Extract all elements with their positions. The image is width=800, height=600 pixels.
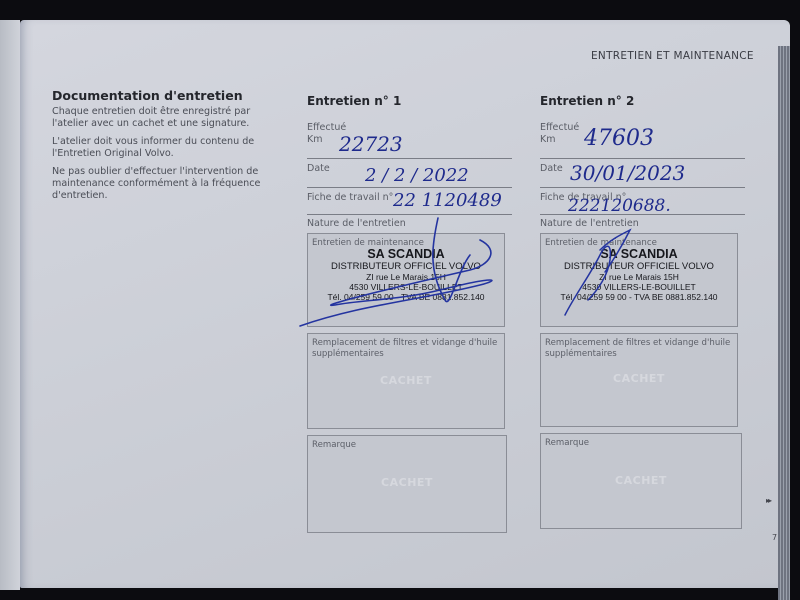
box-label: Remarque	[312, 440, 502, 451]
stamp-line: Tél. 04/259 59 00 - TVA BE 0881.852.140	[308, 292, 504, 302]
remark-box: Remarque CACHET	[307, 435, 507, 533]
intro-title: Documentation d'entretien	[52, 88, 267, 103]
cachet-watermark: CACHET	[308, 476, 506, 489]
stamp-line: DISTRIBUTEUR OFFICIEL VOLVO	[541, 261, 737, 272]
box-label: Remplacement de filtres et vidange d'hui…	[545, 338, 735, 360]
work-order-field: Fiche de travail n° 22 1120489	[307, 192, 512, 215]
remark-box: Remarque CACHET	[540, 433, 742, 529]
maintenance-stamp-box: Entretien de maintenance SA SCANDIA DIST…	[540, 233, 738, 327]
cachet-watermark: CACHET	[541, 372, 737, 385]
dealer-stamp: SA SCANDIA DISTRIBUTEUR OFFICIEL VOLVO Z…	[541, 247, 737, 302]
page-stack-edge	[778, 46, 790, 600]
km-handwritten: 47603	[584, 126, 654, 151]
stamp-line: ZI rue Le Marais 15H	[541, 272, 737, 282]
stamp-name: SA SCANDIA	[541, 247, 737, 261]
date-field: Date 30/01/2023	[540, 163, 745, 188]
work-order-field: Fiche de travail n° 222120688.	[540, 192, 745, 215]
stamp-line: Tél. 04/259 59 00 - TVA BE 0881.852.140	[541, 292, 737, 302]
nature-label: Nature de l'entretien	[307, 218, 512, 229]
box-label: Remplacement de filtres et vidange d'hui…	[312, 338, 502, 360]
intro-paragraph: Ne pas oublier d'effectuer l'interventio…	[52, 166, 267, 202]
section-title: ENTRETIEN ET MAINTENANCE	[591, 50, 754, 62]
nature-label: Nature de l'entretien	[540, 218, 745, 229]
cachet-watermark: CACHET	[308, 374, 504, 387]
km-field: Effectué Km 47603	[540, 122, 745, 159]
stamp-line: 4530 VILLERS-LE-BOUILLET	[308, 282, 504, 292]
intro-paragraph: L'atelier doit vous informer du contenu …	[52, 136, 267, 160]
work-order-handwritten: 22 1120489	[393, 190, 502, 211]
stamp-name: SA SCANDIA	[308, 247, 504, 261]
stamp-line: ZI rue Le Marais 15H	[308, 272, 504, 282]
work-order-handwritten: 222120688.	[568, 196, 671, 216]
page-number: 7	[772, 533, 777, 542]
cachet-watermark: CACHET	[541, 474, 741, 487]
maintenance-entry-2: Entretien n° 2 Effectué Km 47603 Date 30…	[540, 94, 745, 529]
stamp-line: 4530 VILLERS-LE-BOUILLET	[541, 282, 737, 292]
stamp-line: DISTRIBUTEUR OFFICIEL VOLVO	[308, 261, 504, 272]
km-handwritten: 22723	[339, 132, 403, 156]
entry-title: Entretien n° 2	[540, 94, 745, 108]
filters-box: Remplacement de filtres et vidange d'hui…	[540, 333, 738, 427]
box-label: Remarque	[545, 438, 735, 449]
intro-paragraph: Chaque entretien doit être enregistré pa…	[52, 106, 267, 130]
previous-page-edge	[0, 20, 20, 590]
next-page-icon: ▸▸	[766, 496, 770, 505]
km-field: Effectué Km 22723	[307, 122, 512, 159]
dealer-stamp: SA SCANDIA DISTRIBUTEUR OFFICIEL VOLVO Z…	[308, 247, 504, 302]
date-field: Date 2 / 2 / 2022	[307, 163, 512, 188]
entry-title: Entretien n° 1	[307, 94, 512, 108]
effectue-label: Effectué	[307, 122, 512, 134]
filters-box: Remplacement de filtres et vidange d'hui…	[307, 333, 505, 429]
maintenance-entry-1: Entretien n° 1 Effectué Km 22723 Date 2 …	[307, 94, 512, 533]
intro-section: Documentation d'entretien Chaque entreti…	[52, 88, 267, 208]
date-handwritten: 2 / 2 / 2022	[365, 165, 469, 186]
date-handwritten: 30/01/2023	[570, 161, 685, 185]
maintenance-stamp-box: Entretien de maintenance SA SCANDIA DIST…	[307, 233, 505, 327]
km-label: Km	[307, 134, 512, 146]
